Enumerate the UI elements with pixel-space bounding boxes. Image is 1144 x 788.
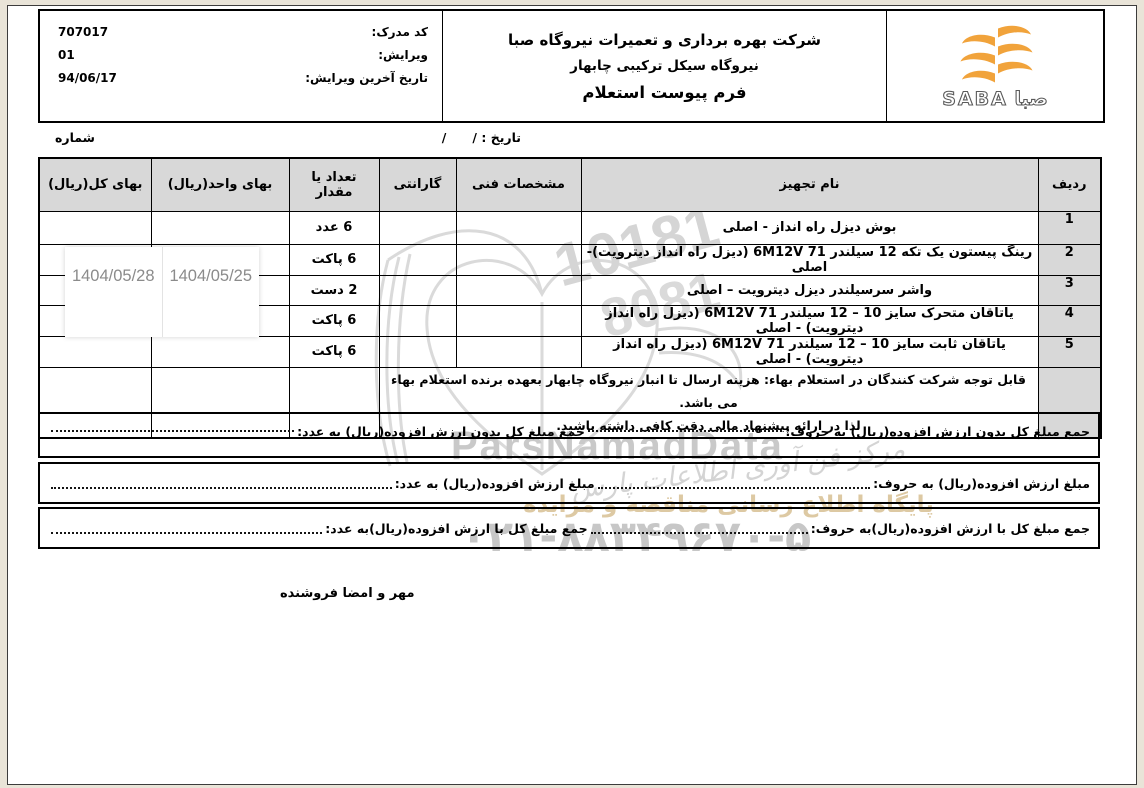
dotted-fill bbox=[51, 428, 294, 432]
form-title: فرم پیوست استعلام bbox=[582, 83, 746, 102]
vat-words-label: مبلغ ارزش افزوده(ریال) به حروف: bbox=[873, 476, 1090, 491]
quantity-value: 6 پاکت bbox=[289, 336, 379, 367]
dotted-fill bbox=[51, 485, 392, 489]
specs-cell bbox=[456, 275, 581, 305]
total-without-vat-box: جمع مبلغ کل بدون ارزش افزوده(ریال) به حر… bbox=[38, 412, 1100, 458]
date-label: تاریخ : bbox=[481, 130, 521, 145]
last-edit-row: تاریخ آخرین ویرایش: 94/06/17 bbox=[58, 71, 428, 85]
plant-name: نیروگاه سیکل ترکیبی چابهار bbox=[570, 58, 759, 74]
warranty-cell bbox=[379, 275, 456, 305]
equipment-name: یاتاقان ثابت سایز 10 – 12 سیلندر 6M12V 7… bbox=[581, 336, 1038, 367]
specs-cell bbox=[456, 211, 581, 244]
equipment-name: رینگ پیستون یک تکه 12 سیلندر 6M12V 71 (د… bbox=[581, 244, 1038, 275]
date-slashes: / / bbox=[442, 130, 477, 145]
total-with-vat-digits-label: جمع مبلغ کل با ارزش افزوده(ریال)به عدد: bbox=[325, 521, 587, 536]
saba-logo-icon bbox=[935, 24, 1055, 90]
unit-price-cell bbox=[151, 211, 289, 244]
equipment-name: یاتاقان متحرک سایز 10 – 12 سیلندر 6M12V … bbox=[581, 305, 1038, 336]
row-no: 1 bbox=[1038, 211, 1101, 244]
revision-label: ویرایش: bbox=[378, 48, 428, 62]
vat-amount-box: مبلغ ارزش افزوده(ریال) به حروف: مبلغ ارز… bbox=[38, 462, 1100, 504]
header-unit-price: بهای واحد(ریال) bbox=[151, 158, 289, 211]
doc-code-label: کد مدرک: bbox=[372, 25, 428, 39]
last-edit-value: 94/06/17 bbox=[58, 71, 117, 85]
header-specs: مشخصات فنی bbox=[456, 158, 581, 211]
row-no: 3 bbox=[1038, 275, 1101, 305]
quantity-value: 6 پاکت bbox=[289, 305, 379, 336]
equipment-name: بوش دیزل راه انداز - اصلی bbox=[581, 211, 1038, 244]
quantity-value: 2 دست bbox=[289, 275, 379, 305]
doc-code-value: 707017 bbox=[58, 25, 108, 39]
total-with-vat-words-label: جمع مبلغ کل با ارزش افزوده(ریال)به حروف: bbox=[811, 521, 1090, 536]
doc-info-cell: کد مدرک: 707017 ویرایش: 01 تاریخ آخرین و… bbox=[40, 11, 442, 121]
header-equipment: نام تجهیز bbox=[581, 158, 1038, 211]
warranty-cell bbox=[379, 336, 456, 367]
warranty-cell bbox=[379, 244, 456, 275]
saba-logo-wordmark: صبا SABA bbox=[942, 88, 1047, 110]
logo-cell: صبا SABA bbox=[886, 11, 1103, 121]
form-sheet: 10181 8081 ParsNamadData مرکز فن آوری اط… bbox=[7, 5, 1137, 785]
header-quantity: تعداد یا مقدار bbox=[289, 158, 379, 211]
total-with-vat-box: جمع مبلغ کل با ارزش افزوده(ریال)به حروف:… bbox=[38, 507, 1100, 549]
dotted-fill bbox=[598, 485, 871, 489]
date-stamp-overlay: 1404/05/28 1404/05/25 bbox=[65, 247, 259, 337]
stamp-date-right: 1404/05/25 bbox=[163, 247, 260, 337]
dotted-fill bbox=[51, 530, 322, 534]
row-no: 4 bbox=[1038, 305, 1101, 336]
date-field: تاریخ : / / bbox=[406, 130, 521, 145]
warranty-cell bbox=[379, 305, 456, 336]
row-no: 2 bbox=[1038, 244, 1101, 275]
revision-value: 01 bbox=[58, 48, 75, 62]
warranty-cell bbox=[379, 211, 456, 244]
header-total-price: بهای کل(ریال) bbox=[39, 158, 151, 211]
seller-signature-label: مهر و امضا فروشنده bbox=[280, 586, 415, 601]
specs-cell bbox=[456, 305, 581, 336]
total-price-cell bbox=[39, 336, 151, 367]
quantity-value: 6 عدد bbox=[289, 211, 379, 244]
unit-price-cell bbox=[151, 336, 289, 367]
note-line-1: قابل توجه شرکت کنندگان در استعلام بهاء: … bbox=[384, 368, 1034, 414]
specs-cell bbox=[456, 336, 581, 367]
quantity-value: 6 پاکت bbox=[289, 244, 379, 275]
last-edit-label: تاریخ آخرین ویرایش: bbox=[305, 71, 428, 85]
equipment-name: واشر سرسیلندر دیزل دیترویت – اصلی bbox=[581, 275, 1038, 305]
total-price-cell bbox=[39, 211, 151, 244]
total-without-vat-digits-label: جمع مبلغ کل بدون ارزش افزوده(ریال) به عد… bbox=[297, 424, 585, 439]
dotted-fill bbox=[591, 530, 808, 534]
header-box: صبا SABA شرکت بهره برداری و تعمیرات نیرو… bbox=[38, 9, 1105, 123]
company-cell: شرکت بهره برداری و تعمیرات نیروگاه صبا ن… bbox=[442, 11, 886, 121]
vat-digits-label: مبلغ ارزش افزوده(ریال) به عدد: bbox=[395, 476, 595, 491]
company-name: شرکت بهره برداری و تعمیرات نیروگاه صبا bbox=[508, 31, 821, 49]
total-without-vat-words-label: جمع مبلغ کل بدون ارزش افزوده(ریال) به حر… bbox=[785, 424, 1090, 439]
row-no: 5 bbox=[1038, 336, 1101, 367]
number-label: شماره bbox=[55, 130, 95, 145]
table-row: 1 بوش دیزل راه انداز - اصلی 6 عدد bbox=[39, 211, 1101, 244]
table-row: 5 یاتاقان ثابت سایز 10 – 12 سیلندر 6M12V… bbox=[39, 336, 1101, 367]
table-header-row: ردیف نام تجهیز مشخصات فنی گارانتی تعداد … bbox=[39, 158, 1101, 211]
header-warranty: گارانتی bbox=[379, 158, 456, 211]
revision-row: ویرایش: 01 bbox=[58, 48, 428, 62]
specs-cell bbox=[456, 244, 581, 275]
page: 10181 8081 ParsNamadData مرکز فن آوری اط… bbox=[0, 0, 1144, 788]
stamp-date-left: 1404/05/28 bbox=[65, 247, 163, 337]
dotted-fill bbox=[588, 428, 783, 432]
doc-code-row: کد مدرک: 707017 bbox=[58, 25, 428, 39]
header-row-no: ردیف bbox=[1038, 158, 1101, 211]
